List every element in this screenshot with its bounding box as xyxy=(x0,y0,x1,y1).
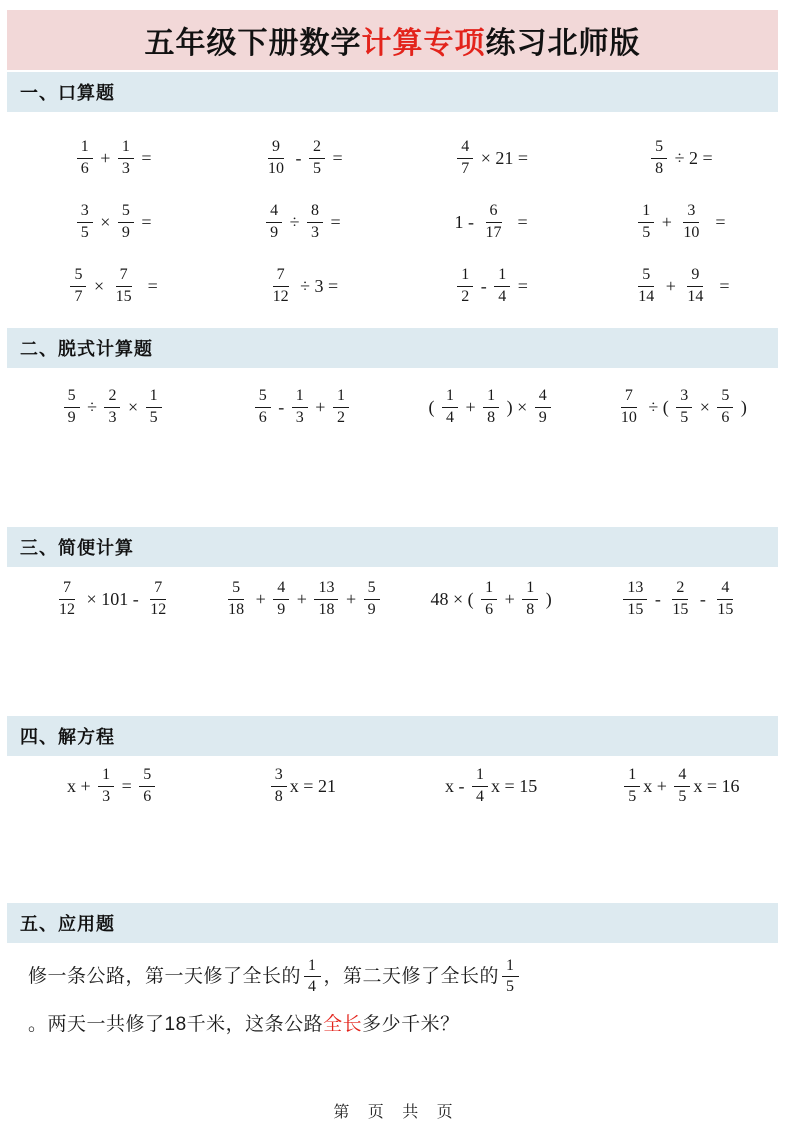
section-heading-label: 三、简便计算 xyxy=(20,534,134,560)
fraction-numerator: 1 xyxy=(98,766,114,787)
math-text: = xyxy=(139,276,158,297)
fraction: 712 xyxy=(55,579,79,620)
math-problem: 15 + 310 = xyxy=(635,202,725,243)
math-text: 修一条公路，第一天修了全长的 xyxy=(28,966,301,987)
math-text: + xyxy=(251,589,270,610)
fraction: 12 xyxy=(333,387,349,428)
fraction: 14 xyxy=(442,387,458,428)
fraction-denominator: 5 xyxy=(146,408,162,428)
math-text: = xyxy=(137,148,152,169)
math-problem: 514 + 914 = xyxy=(631,266,729,307)
math-text: ÷ xyxy=(83,397,102,418)
fraction-denominator: 5 xyxy=(638,223,654,243)
fraction: 14 xyxy=(304,957,321,998)
fraction-numerator: 5 xyxy=(638,266,654,287)
fraction-numerator: 5 xyxy=(255,387,271,408)
math-text: × 21 = xyxy=(476,148,528,169)
math-problem: x - 14x = 15 xyxy=(445,766,537,807)
math-text: - xyxy=(695,589,710,610)
fraction-numerator: 4 xyxy=(266,202,282,223)
fraction-denominator: 5 xyxy=(676,408,692,428)
fraction: 617 xyxy=(482,202,506,243)
math-text: ) × xyxy=(502,397,532,418)
fraction-denominator: 10 xyxy=(617,408,641,428)
fraction-denominator: 8 xyxy=(522,600,538,620)
math-text: ) xyxy=(541,589,552,610)
fraction: 15 xyxy=(638,202,654,243)
fraction-numerator: 5 xyxy=(717,387,733,408)
fraction-denominator: 4 xyxy=(494,287,510,307)
math-problem: 57 × 715 = xyxy=(67,266,157,307)
section-heading-label: 二、脱式计算题 xyxy=(20,335,153,361)
fraction-denominator: 3 xyxy=(98,787,114,807)
fraction-denominator: 9 xyxy=(118,223,134,243)
math-text: ÷ 2 = xyxy=(670,148,713,169)
fraction: 1318 xyxy=(314,579,338,620)
fraction-numerator: 13 xyxy=(623,579,647,600)
word-problem-text: 修一条公路，第一天修了全长的14，第二天修了全长的15。两天一共修了18千米，这… xyxy=(28,953,769,1049)
fraction-numerator: 13 xyxy=(314,579,338,600)
math-text: = xyxy=(117,776,136,797)
section-heading-label: 一、口算题 xyxy=(20,79,115,105)
fraction: 12 xyxy=(457,266,473,307)
math-text: - xyxy=(476,276,491,297)
math-problem: 47 × 21 = xyxy=(454,138,528,179)
math-text: x + xyxy=(67,776,95,797)
math-text: = xyxy=(328,148,343,169)
math-text: ( xyxy=(428,397,439,418)
fraction-numerator: 1 xyxy=(442,387,458,408)
section-word-problem: 五、应用题 修一条公路，第一天修了全长的14，第二天修了全长的15。两天一共修了… xyxy=(0,903,793,1049)
fraction: 49 xyxy=(273,579,289,620)
fraction-numerator: 5 xyxy=(70,266,86,287)
math-text: + xyxy=(461,397,480,418)
math-text: = xyxy=(513,276,528,297)
fraction-denominator: 9 xyxy=(273,600,289,620)
fraction: 415 xyxy=(713,579,737,620)
fraction-denominator: 5 xyxy=(502,977,519,997)
fraction: 712 xyxy=(146,579,170,620)
math-text: ) xyxy=(736,397,747,418)
fraction-numerator: 1 xyxy=(292,387,308,408)
fraction-numerator: 3 xyxy=(271,766,287,787)
math-problem: 58 ÷ 2 = xyxy=(648,138,713,179)
math-text: + xyxy=(657,212,676,233)
math-text: + xyxy=(292,589,311,610)
fraction: 35 xyxy=(676,387,692,428)
section-heading-step-calculation: 二、脱式计算题 xyxy=(7,328,778,368)
fraction-denominator: 7 xyxy=(70,287,86,307)
math-problem: 518 + 49 + 1318 + 59 xyxy=(221,579,382,620)
math-text: 48 × ( xyxy=(430,589,478,610)
worksheet-page: 五年级下册数学计算专项练习北师版 一、口算题 16 + 13 =910 - 25… xyxy=(0,0,793,1122)
fraction-numerator: 1 xyxy=(638,202,654,223)
fraction-denominator: 3 xyxy=(118,159,134,179)
math-text: x + xyxy=(643,776,671,797)
fraction: 13 xyxy=(118,138,134,179)
fraction-numerator: 5 xyxy=(118,202,134,223)
fraction-denominator: 17 xyxy=(482,223,506,243)
fraction: 1315 xyxy=(623,579,647,620)
math-text: + xyxy=(661,276,680,297)
fraction: 58 xyxy=(651,138,667,179)
math-text: 多少千米？ xyxy=(362,1014,460,1035)
math-text: x = 21 xyxy=(290,776,336,797)
fraction-numerator: 4 xyxy=(535,387,551,408)
math-problem: 49 ÷ 83 = xyxy=(263,202,341,243)
fraction-denominator: 12 xyxy=(146,600,170,620)
fraction-denominator: 9 xyxy=(64,408,80,428)
fraction-numerator: 7 xyxy=(621,387,637,408)
fraction-numerator: 8 xyxy=(307,202,323,223)
math-text: = xyxy=(326,212,341,233)
math-text: + xyxy=(311,397,330,418)
fraction-denominator: 18 xyxy=(224,600,248,620)
math-problem: 712 ÷ 3 = xyxy=(266,266,339,307)
fraction-numerator: 2 xyxy=(104,387,120,408)
fraction-numerator: 1 xyxy=(77,138,93,159)
fraction-denominator: 4 xyxy=(442,408,458,428)
section-solve-equations: 四、解方程 x + 13 = 5638x = 21x - 14x = 1515x… xyxy=(0,716,793,816)
fraction: 15 xyxy=(502,957,519,998)
math-text: + xyxy=(96,148,115,169)
fraction-denominator: 9 xyxy=(535,408,551,428)
worksheet-title-bar: 五年级下册数学计算专项练习北师版 xyxy=(7,10,778,70)
math-text: × xyxy=(96,212,115,233)
math-text: × xyxy=(695,397,714,418)
fraction: 15 xyxy=(624,766,640,807)
fraction-numerator: 7 xyxy=(150,579,166,600)
page-footer: 第 页 共 页 xyxy=(0,1099,793,1122)
fraction: 710 xyxy=(617,387,641,428)
fraction-denominator: 2 xyxy=(457,287,473,307)
fraction: 715 xyxy=(112,266,136,307)
math-problem: 1315 - 215 - 415 xyxy=(620,579,740,620)
fraction-numerator: 4 xyxy=(457,138,473,159)
fraction-numerator: 7 xyxy=(273,266,289,287)
fraction-numerator: 1 xyxy=(522,579,538,600)
fraction: 25 xyxy=(309,138,325,179)
math-text: ÷ xyxy=(285,212,304,233)
fraction-numerator: 3 xyxy=(77,202,93,223)
fraction: 910 xyxy=(264,138,288,179)
fraction-denominator: 18 xyxy=(314,600,338,620)
fraction: 56 xyxy=(255,387,271,428)
page-title: 五年级下册数学计算专项练习北师版 xyxy=(145,18,641,62)
fraction-denominator: 14 xyxy=(683,287,707,307)
fraction-denominator: 15 xyxy=(713,600,737,620)
fraction-numerator: 1 xyxy=(333,387,349,408)
fraction-denominator: 8 xyxy=(651,159,667,179)
math-text: 。两天一共修了18千米，这条公路 xyxy=(28,1014,323,1035)
fraction-numerator: 1 xyxy=(502,957,519,978)
section-heading-label: 四、解方程 xyxy=(20,723,115,749)
fraction: 38 xyxy=(271,766,287,807)
math-text: ÷ ( xyxy=(644,397,673,418)
fraction-numerator: 4 xyxy=(717,579,733,600)
math-problem: 910 - 25 = xyxy=(261,138,343,179)
section-heading-simplified-calculation: 三、简便计算 xyxy=(7,527,778,567)
fraction-numerator: 1 xyxy=(118,138,134,159)
fraction-denominator: 4 xyxy=(472,787,488,807)
oral-calculation-problems: 16 + 13 =910 - 25 =47 × 21 =58 ÷ 2 =35 ×… xyxy=(0,112,793,318)
math-text: - xyxy=(274,397,289,418)
math-text: 1 - xyxy=(455,212,479,233)
fraction: 49 xyxy=(535,387,551,428)
fraction-denominator: 15 xyxy=(112,287,136,307)
fraction: 13 xyxy=(98,766,114,807)
fraction: 45 xyxy=(674,766,690,807)
fraction-denominator: 12 xyxy=(269,287,293,307)
fraction: 16 xyxy=(77,138,93,179)
fraction-denominator: 3 xyxy=(307,223,323,243)
fraction-denominator: 5 xyxy=(624,787,640,807)
fraction-numerator: 5 xyxy=(364,579,380,600)
math-text: = xyxy=(509,212,528,233)
fraction-denominator: 6 xyxy=(77,159,93,179)
fraction-numerator: 3 xyxy=(683,202,699,223)
fraction-numerator: 1 xyxy=(483,387,499,408)
fraction: 15 xyxy=(146,387,162,428)
math-problem: 38x = 21 xyxy=(268,766,336,807)
fraction-denominator: 6 xyxy=(481,600,497,620)
fraction-numerator: 1 xyxy=(494,266,510,287)
fraction-denominator: 8 xyxy=(483,408,499,428)
math-problem: 48 × ( 16 + 18 ) xyxy=(430,579,551,620)
fraction-numerator: 4 xyxy=(273,579,289,600)
math-problem: 56 - 13 + 12 xyxy=(252,387,352,428)
fraction: 14 xyxy=(494,266,510,307)
fraction: 47 xyxy=(457,138,473,179)
fraction: 14 xyxy=(472,766,488,807)
math-problem: 59 ÷ 23 × 15 xyxy=(61,387,165,428)
math-text: = xyxy=(137,212,152,233)
section-heading-label: 五、应用题 xyxy=(20,910,115,936)
fraction-numerator: 5 xyxy=(139,766,155,787)
math-problem: 712 × 101 - 712 xyxy=(52,579,173,620)
math-problem: 15x + 45x = 16 xyxy=(621,766,739,807)
fraction-numerator: 2 xyxy=(309,138,325,159)
fraction-numerator: 5 xyxy=(651,138,667,159)
fraction: 18 xyxy=(483,387,499,428)
fraction: 518 xyxy=(224,579,248,620)
fraction: 83 xyxy=(307,202,323,243)
fraction-numerator: 6 xyxy=(486,202,502,223)
fraction: 57 xyxy=(70,266,86,307)
fraction-numerator: 9 xyxy=(687,266,703,287)
fraction-numerator: 1 xyxy=(472,766,488,787)
fraction-numerator: 7 xyxy=(116,266,132,287)
math-text: ，第二天修了全长的 xyxy=(324,966,500,987)
fraction: 56 xyxy=(139,766,155,807)
fraction-numerator: 5 xyxy=(64,387,80,408)
fraction-denominator: 3 xyxy=(104,408,120,428)
fraction: 215 xyxy=(668,579,692,620)
section-oral-calculation: 一、口算题 16 + 13 =910 - 25 =47 × 21 =58 ÷ 2… xyxy=(0,72,793,318)
fraction: 13 xyxy=(292,387,308,428)
fraction: 310 xyxy=(679,202,703,243)
section-heading-solve-equations: 四、解方程 xyxy=(7,716,778,756)
fraction: 59 xyxy=(364,579,380,620)
section-heading-oral-calculation: 一、口算题 xyxy=(7,72,778,112)
fraction: 914 xyxy=(683,266,707,307)
fraction: 35 xyxy=(77,202,93,243)
fraction: 49 xyxy=(266,202,282,243)
fraction: 59 xyxy=(64,387,80,428)
math-text: + xyxy=(341,589,360,610)
fraction-denominator: 5 xyxy=(309,159,325,179)
section-step-calculation: 二、脱式计算题 59 ÷ 23 × 1556 - 13 + 12( 14 + 1… xyxy=(0,328,793,437)
fraction: 514 xyxy=(634,266,658,307)
title-pre: 五年级下册数学 xyxy=(145,27,362,60)
title-highlight: 计算专项 xyxy=(362,27,486,60)
fraction: 59 xyxy=(118,202,134,243)
fraction-numerator: 4 xyxy=(674,766,690,787)
fraction-denominator: 15 xyxy=(623,600,647,620)
fraction-denominator: 2 xyxy=(333,408,349,428)
fraction-denominator: 10 xyxy=(264,159,288,179)
math-problem: 12 - 14 = xyxy=(454,266,528,307)
fraction-denominator: 10 xyxy=(679,223,703,243)
math-problem: x + 13 = 56 xyxy=(67,766,158,807)
math-problem: 710 ÷ ( 35 × 56 ) xyxy=(614,387,747,428)
fraction-denominator: 5 xyxy=(674,787,690,807)
math-text: - xyxy=(650,589,665,610)
math-text: x = 16 xyxy=(693,776,739,797)
math-text: + xyxy=(500,589,519,610)
fraction-numerator: 1 xyxy=(481,579,497,600)
math-problem: 35 × 59 = xyxy=(74,202,152,243)
fraction-denominator: 6 xyxy=(255,408,271,428)
math-text: = xyxy=(706,212,725,233)
fraction: 16 xyxy=(481,579,497,620)
fraction-numerator: 2 xyxy=(672,579,688,600)
fraction-denominator: 15 xyxy=(668,600,692,620)
fraction-denominator: 3 xyxy=(292,408,308,428)
fraction-denominator: 7 xyxy=(457,159,473,179)
math-text: ÷ 3 = xyxy=(296,276,339,297)
math-text: x - xyxy=(445,776,469,797)
fraction-numerator: 1 xyxy=(146,387,162,408)
math-problem: ( 14 + 18 ) × 49 xyxy=(428,387,553,428)
math-text: - xyxy=(291,148,306,169)
fraction-numerator: 1 xyxy=(304,957,321,978)
math-problem: 1 - 617 = xyxy=(455,202,528,243)
fraction: 56 xyxy=(717,387,733,428)
fraction-denominator: 4 xyxy=(304,977,321,997)
fraction: 23 xyxy=(104,387,120,428)
fraction-numerator: 5 xyxy=(228,579,244,600)
math-text: × xyxy=(89,276,108,297)
fraction-numerator: 1 xyxy=(457,266,473,287)
math-text: × xyxy=(123,397,142,418)
fraction-numerator: 7 xyxy=(59,579,75,600)
step-calculation-problems: 59 ÷ 23 × 1556 - 13 + 12( 14 + 18 ) × 49… xyxy=(0,377,793,437)
title-post: 练习北师版 xyxy=(486,27,641,60)
math-problem: 16 + 13 = xyxy=(74,138,152,179)
fraction-denominator: 9 xyxy=(364,600,380,620)
fraction-denominator: 14 xyxy=(634,287,658,307)
fraction-numerator: 9 xyxy=(268,138,284,159)
fraction-denominator: 6 xyxy=(717,408,733,428)
fraction: 18 xyxy=(522,579,538,620)
math-text: × 101 - xyxy=(82,589,143,610)
highlighted-text: 全长 xyxy=(323,1014,362,1035)
fraction-denominator: 5 xyxy=(77,223,93,243)
section-simplified-calculation: 三、简便计算 712 × 101 - 712518 + 49 + 1318 + … xyxy=(0,527,793,629)
fraction: 712 xyxy=(269,266,293,307)
simplified-calculation-problems: 712 × 101 - 712518 + 49 + 1318 + 5948 × … xyxy=(0,569,793,629)
fraction-denominator: 12 xyxy=(55,600,79,620)
fraction-denominator: 8 xyxy=(271,787,287,807)
section-heading-word-problem: 五、应用题 xyxy=(7,903,778,943)
fraction-numerator: 1 xyxy=(624,766,640,787)
math-text: = xyxy=(710,276,729,297)
fraction-denominator: 9 xyxy=(266,223,282,243)
math-text: x = 15 xyxy=(491,776,537,797)
solve-equations-problems: x + 13 = 5638x = 21x - 14x = 1515x + 45x… xyxy=(0,756,793,816)
fraction-denominator: 6 xyxy=(139,787,155,807)
fraction-numerator: 3 xyxy=(676,387,692,408)
